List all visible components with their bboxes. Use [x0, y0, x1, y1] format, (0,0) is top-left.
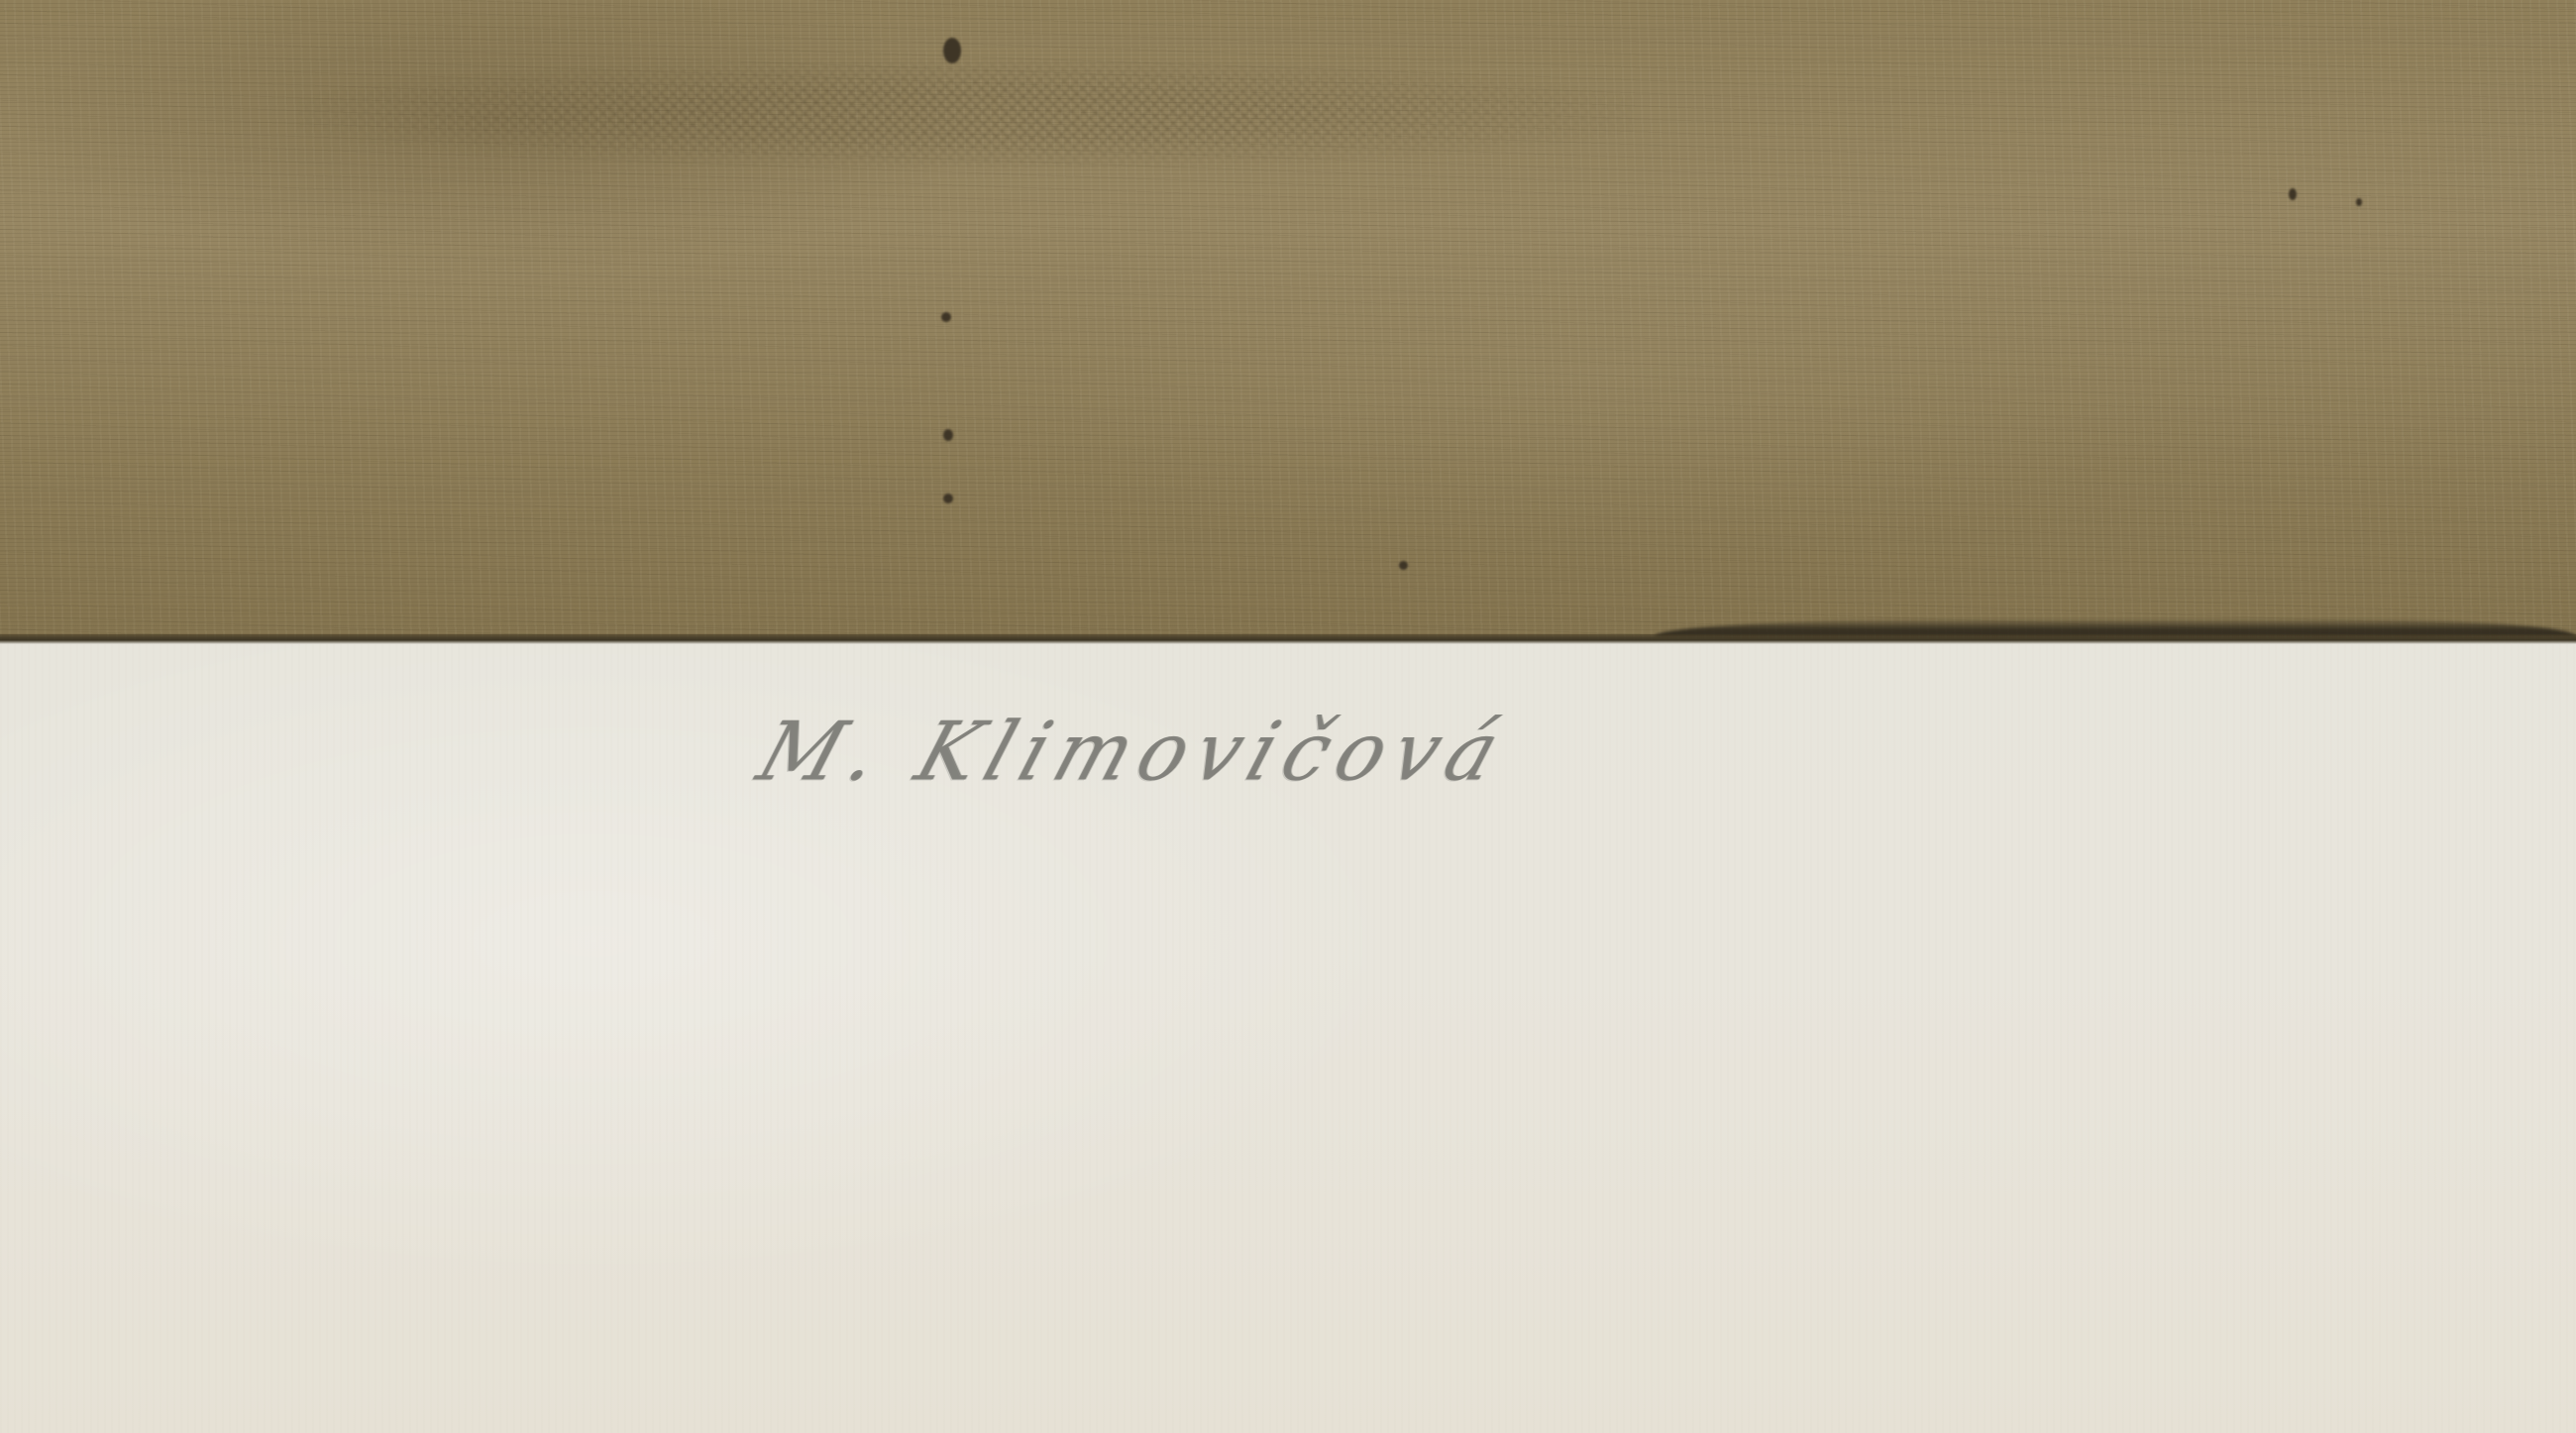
pencil-signature: M. Klimovičová	[747, 706, 1519, 800]
plate-speck	[2289, 188, 2297, 200]
plate-speck	[943, 429, 953, 441]
plate-texture-band	[297, 59, 1635, 168]
plate-mark-edge	[0, 634, 2576, 644]
plate-speck	[1399, 561, 1408, 570]
plate-speck	[941, 312, 951, 322]
print-photograph: M. Klimovičová	[0, 0, 2576, 1433]
plate-speck	[943, 38, 961, 63]
plate-speck	[2356, 198, 2362, 206]
toned-plate-area	[0, 0, 2576, 642]
plate-speck	[943, 494, 953, 503]
